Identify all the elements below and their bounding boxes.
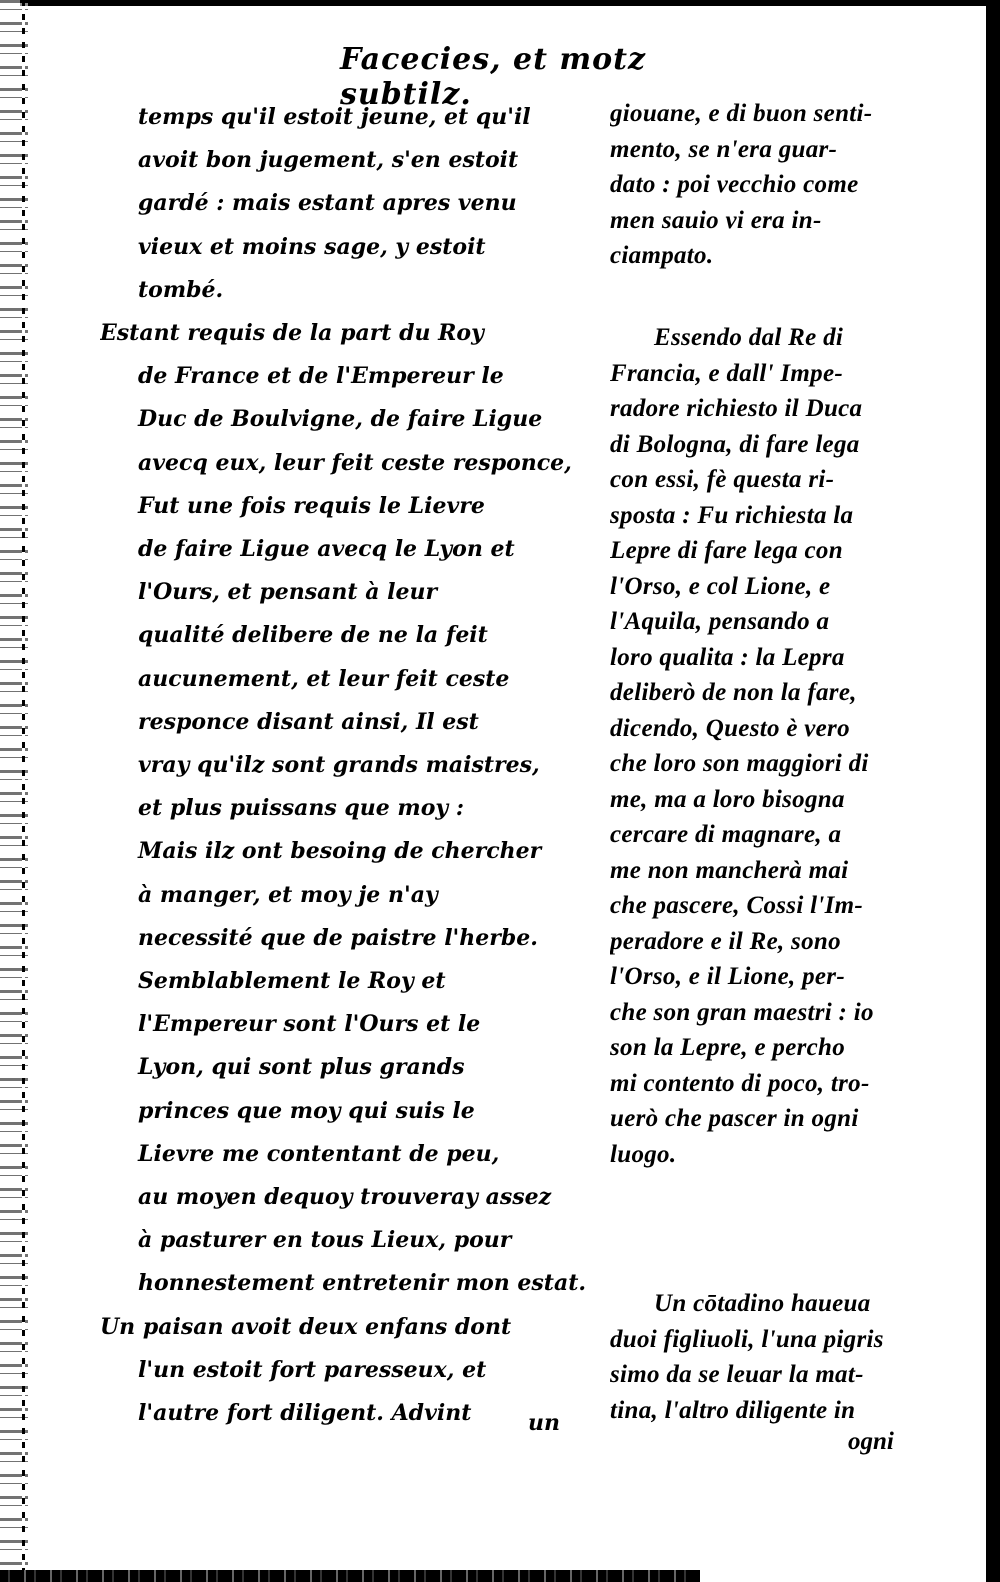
french-text-line: qualité delibere de ne la feit xyxy=(100,614,605,657)
italian-text-line: Lepre di fare lega con xyxy=(610,533,940,569)
french-column: temps qu'il estoit jeune, et qu'ilavoit … xyxy=(100,96,605,1435)
italian-text-line: uerò che pascer in ogni xyxy=(610,1101,940,1137)
french-text-line: Fut une fois requis le Lievre xyxy=(100,485,605,528)
italian-text-line: cercare di magnare, a xyxy=(610,817,940,853)
french-text-line: vray qu'ilz sont grands maistres, xyxy=(100,744,605,787)
french-text-line: princes que moy qui suis le xyxy=(100,1090,605,1133)
italian-text-line: che loro son maggiori di xyxy=(610,746,940,782)
italian-text-line: Un cōtadino haueua xyxy=(610,1286,940,1322)
italian-text-line: me non mancherà mai xyxy=(610,853,940,889)
french-text-line: Un paisan avoit deux enfans dont xyxy=(100,1306,605,1349)
italian-text-line: me, ma a loro bisogna xyxy=(610,782,940,818)
french-text-line: l'Ours, et pensant à leur xyxy=(100,571,605,614)
french-text-line: de faire Ligue avecq le Lyon et xyxy=(100,528,605,571)
scan-edge-right xyxy=(986,0,1000,1582)
french-text-line: Estant requis de la part du Roy xyxy=(100,312,605,355)
italian-text-line: con essi, fè questa ri- xyxy=(610,462,940,498)
italian-text-line: sposta : Fu richiesta la xyxy=(610,498,940,534)
italian-text-line: che pascere, Cossi l'Im- xyxy=(610,888,940,924)
french-text-line: l'Empereur sont l'Ours et le xyxy=(100,1003,605,1046)
catchword-right: ogni xyxy=(848,1428,894,1456)
italian-text-line: mi contento di poco, tro- xyxy=(610,1066,940,1102)
french-text-line: gardé : mais estant apres venu xyxy=(100,182,605,225)
french-text-line: au moyen dequoy trouveray assez xyxy=(100,1176,605,1219)
french-text-line: necessité que de paistre l'herbe. xyxy=(100,917,605,960)
french-text-line: Lyon, qui sont plus grands xyxy=(100,1046,605,1089)
french-text-line: aucunement, et leur feit ceste xyxy=(100,658,605,701)
italian-text-line: Essendo dal Re di xyxy=(610,320,940,356)
french-text-line: Mais ilz ont besoing de chercher xyxy=(100,830,605,873)
italian-text-line: Francia, e dall' Impe- xyxy=(610,356,940,392)
french-text-line: vieux et moins sage, y estoit xyxy=(100,226,605,269)
italian-text-line: tina, l'altro diligente in xyxy=(610,1393,940,1429)
french-text-line: de France et de l'Empereur le xyxy=(100,355,605,398)
scanned-page: Facecies, et motz subtilz. temps qu'il e… xyxy=(0,0,1000,1582)
italian-text-line: radore richiesto il Duca xyxy=(610,391,940,427)
french-text-line: à manger, et moy je n'ay xyxy=(100,874,605,917)
french-text-line: Lievre me contentant de peu, xyxy=(100,1133,605,1176)
italian-text-line: loro qualita : la Lepra xyxy=(610,640,940,676)
italian-text-line: ciampato. xyxy=(610,238,940,274)
french-text-line: l'un estoit fort paresseux, et xyxy=(100,1349,605,1392)
italian-text-line: l'Orso, e col Lione, e xyxy=(610,569,940,605)
catchword-left: un xyxy=(528,1410,560,1436)
italian-text-line: duoi figliuoli, l'una pigris xyxy=(610,1322,940,1358)
scan-edge-top xyxy=(20,0,1000,6)
italian-paragraph-2: Essendo dal Re diFrancia, e dall' Impe-r… xyxy=(610,320,940,1172)
italian-text-line: son la Lepre, e percho xyxy=(610,1030,940,1066)
french-text-line: Duc de Boulvigne, de faire Ligue xyxy=(100,398,605,441)
french-text-line: honnestement entretenir mon estat. xyxy=(100,1262,605,1305)
italian-text-line: men sauio vi era in- xyxy=(610,203,940,239)
italian-text-line: peradore e il Re, sono xyxy=(610,924,940,960)
italian-paragraph-1: giouane, e di buon senti-mento, se n'era… xyxy=(610,96,940,274)
french-text-line: responce disant ainsi, Il est xyxy=(100,701,605,744)
italian-text-line: simo da se leuar la mat- xyxy=(610,1357,940,1393)
french-text-line: à pasturer en tous Lieux, pour xyxy=(100,1219,605,1262)
scan-edge-bottom xyxy=(0,1570,700,1582)
scan-edge-left-line xyxy=(22,0,25,1582)
french-text-line: avecq eux, leur feit ceste responce, xyxy=(100,442,605,485)
french-text-line: et plus puissans que moy : xyxy=(100,787,605,830)
italian-text-line: deliberò de non la fare, xyxy=(610,675,940,711)
italian-text-line: l'Aquila, pensando a xyxy=(610,604,940,640)
italian-text-line: giouane, e di buon senti- xyxy=(610,96,940,132)
italian-text-line: dicendo, Questo è vero xyxy=(610,711,940,747)
italian-paragraph-3: Un cōtadino haueuaduoi figliuoli, l'una … xyxy=(610,1286,940,1428)
italian-text-line: dato : poi vecchio come xyxy=(610,167,940,203)
italian-text-line: di Bologna, di fare lega xyxy=(610,427,940,463)
french-text-line: tombé. xyxy=(100,269,605,312)
italian-text-line: mento, se n'era guar- xyxy=(610,132,940,168)
italian-text-line: luogo. xyxy=(610,1137,940,1173)
italian-text-line: l'Orso, e il Lione, per- xyxy=(610,959,940,995)
italian-text-line: che son gran maestri : io xyxy=(610,995,940,1031)
french-text-line: Semblablement le Roy et xyxy=(100,960,605,1003)
french-text-line: temps qu'il estoit jeune, et qu'il xyxy=(100,96,605,139)
french-text-line: avoit bon jugement, s'en estoit xyxy=(100,139,605,182)
